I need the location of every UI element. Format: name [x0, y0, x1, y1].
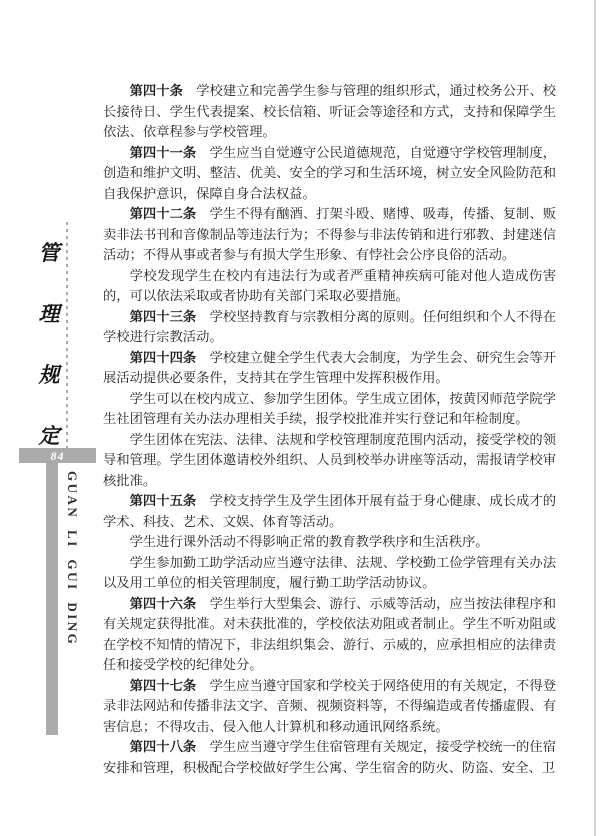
- paragraph: 第四十八条 学生应当遵守学生住宿管理有关规定，接受学校统一的住宿安排和管理，积极…: [103, 737, 556, 778]
- sidebar-title-char: 理: [39, 304, 60, 325]
- article-number: 第四十二条: [130, 206, 210, 221]
- paragraph: 第四十六条 学生举行大型集会、游行、示威等活动，应当按法律程序和有关规定获得批准…: [103, 594, 556, 676]
- paragraph: 第四十五条 学校支持学生及学生团体开展有益于身心健康、成长成才的学术、科技、艺术…: [103, 491, 556, 532]
- paragraph-text: 学生可以在校内成立、参加学生团体。学生成立团体，按黄冈师范学院学生社团管理有关办…: [103, 391, 556, 427]
- paragraph-text: 学校发现学生在校内有违法行为或者严重精神疾病可能对他人造成伤害的，可以依法采取或…: [103, 268, 556, 304]
- document-page: { "page": { "number": "84", "sidebar_tit…: [0, 0, 599, 836]
- paragraph-text: 学生参加勤工助学活动应当遵守法律、法规、学校勤工俭学管理有关办法以及用工单位的相…: [103, 555, 556, 591]
- paragraph: 第四十二条 学生不得有酗酒、打架斗殴、赌博、吸毒，传播、复制、贩卖非法书刊和音像…: [103, 204, 556, 266]
- sidebar-title-char: 规: [39, 365, 60, 386]
- paragraph-text: 学生进行课外活动不得影响正常的教育教学秩序和生活秩序。: [130, 534, 489, 549]
- paragraph: 学校发现学生在校内有违法行为或者严重精神疾病可能对他人造成伤害的，可以依法采取或…: [103, 266, 556, 307]
- paragraph: 第四十三条 学校坚持教育与宗教相分离的原则。任何组织和个人不得在学校进行宗教活动…: [103, 307, 556, 348]
- article-number: 第四十一条: [130, 145, 210, 160]
- page-number: 84: [51, 450, 65, 462]
- article-number: 第四十三条: [130, 309, 210, 324]
- article-number: 第四十四条: [130, 350, 210, 365]
- sidebar-chapter-title: 管 理 规 定: [36, 243, 62, 447]
- article-number: 第四十五条: [130, 493, 210, 508]
- paragraph: 第四十四条 学校建立健全学生代表大会制度，为学生会、研究生会等开展活动提供必要条…: [103, 348, 556, 389]
- page-number-tab: 84: [19, 448, 96, 463]
- article-number: 第四十条: [130, 83, 197, 98]
- paragraph: 学生团体在宪法、法律、法规和学校管理制度范围内活动，接受学校的领导和管理。学生团…: [103, 430, 556, 492]
- article-number: 第四十六条: [130, 596, 210, 611]
- document-body: 第四十条 学校建立和完善学生参与管理的组织形式，通过校务公开、校长接待日、学生代…: [103, 81, 556, 778]
- paragraph: 第四十条 学校建立和完善学生参与管理的组织形式，通过校务公开、校长接待日、学生代…: [103, 81, 556, 143]
- paragraph: 学生可以在校内成立、参加学生团体。学生成立团体，按黄冈师范学院学生社团管理有关办…: [103, 389, 556, 430]
- sidebar-pinyin-title: GUAN LI GUI DING: [64, 471, 80, 731]
- paragraph: 第四十一条 学生应当自觉遵守公民道德规范，自觉遵守学校管理制度，创造和维护文明、…: [103, 143, 556, 205]
- sidebar-title-char: 管: [39, 243, 60, 264]
- article-number: 第四十七条: [130, 678, 210, 693]
- paragraph: 学生进行课外活动不得影响正常的教育教学秩序和生活秩序。: [103, 532, 556, 553]
- page-tab-stem: [46, 463, 58, 735]
- article-number: 第四十八条: [130, 739, 210, 754]
- paragraph-text: 学生团体在宪法、法律、法规和学校管理制度范围内活动，接受学校的领导和管理。学生团…: [103, 432, 556, 488]
- paragraph: 第四十七条 学生应当遵守国家和学校关于网络使用的有关规定，不得登录非法网站和传播…: [103, 676, 556, 738]
- page-edge-line: [594, 0, 596, 836]
- sidebar-dotted-divider: [66, 222, 68, 448]
- sidebar-title-char: 定: [39, 426, 60, 447]
- paragraph: 学生参加勤工助学活动应当遵守法律、法规、学校勤工俭学管理有关办法以及用工单位的相…: [103, 553, 556, 594]
